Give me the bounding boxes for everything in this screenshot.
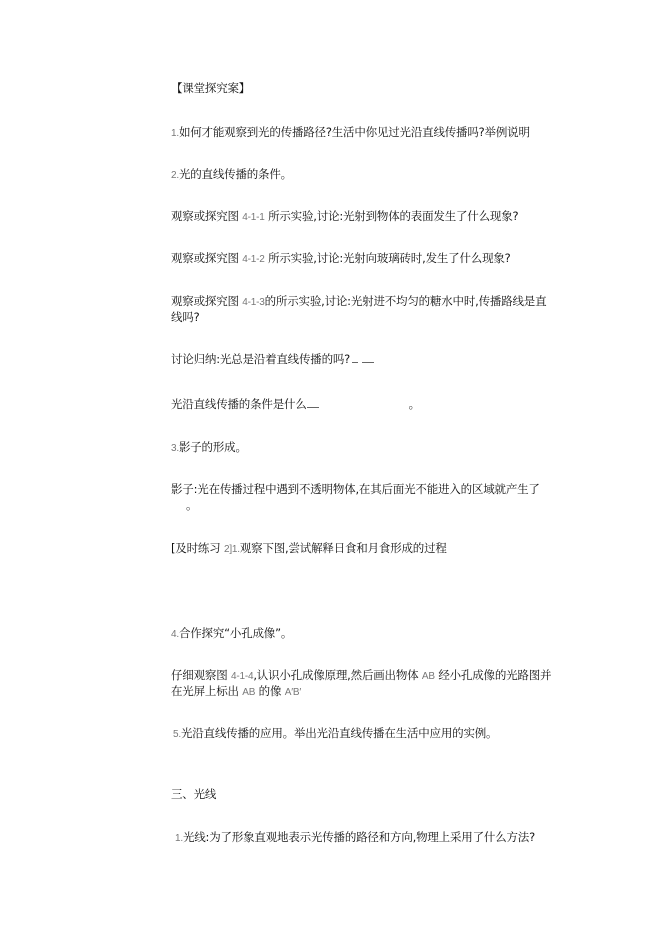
answer-blank[interactable] [307,397,319,408]
practice-number: 2]1. [224,544,240,555]
figure-ref: 4-1-2 [242,254,264,265]
figure-ref: 4-1-3 [242,297,264,308]
figure-ref: 4-1-4 [231,671,253,682]
shadow-definition-continued: 。 [186,497,197,513]
shadow-definition: 影子:光在传播过程中遇到不透明物体,在其后面光不能进入的区域就产生了 [171,481,540,497]
question-5: 5.光沿直线传播的应用。举出光沿直线传播在生活中应用的实例。 [173,725,497,743]
question-number: 2. [171,170,179,181]
object-label: AB [242,687,255,698]
answer-blank[interactable] [362,352,374,363]
obs-text: 的所示实验,讨论:光射进不均匀的糖水中时,传播路线是直 [265,294,547,308]
practice-prefix: [及时练习 [171,541,224,555]
observation-3-continued: 线吗? [171,309,200,325]
question-number: 5. [173,729,181,740]
practice-text: 观察下图,尝试解释日食和月食形成的过程 [240,541,447,555]
question-text: 合作探究“小孔成像”。 [179,626,292,640]
obs-prefix: 观察或探究图 [171,251,242,265]
pinhole-prefix: 仔细观察图 [171,668,231,682]
summary-text: 光沿直线传播的条件是什么 [171,397,307,411]
question-text: 光线:为了形象直观地表示光传播的路径和方向,物理上采用了什么方法? [183,830,535,844]
summary-text: 讨论归纳:光总是沿着直线传播的吗? [171,352,350,366]
figure-ref: 4-1-1 [242,212,264,223]
question-number: 1. [171,128,179,139]
period: 。 [409,397,420,411]
question-number: 1. [175,833,183,844]
question-number: 4. [171,629,179,640]
image-label: A′B′ [285,687,301,698]
obs-prefix: 观察或探究图 [171,294,242,308]
obs-prefix: 观察或探究图 [171,209,242,223]
obs-text: 所示实验,讨论:光射到物体的表面发生了什么现象? [265,209,519,223]
question-1: 1.如何才能观察到光的传播路径?生活中你见过光沿直线传播吗?举例说明 [171,124,530,142]
answer-blank[interactable] [352,352,358,363]
pinhole-cont-prefix: 在光屏上标出 [171,684,242,698]
question-2: 2.光的直线传播的条件。 [171,166,292,184]
section-3-title: 三、光线 [171,786,216,802]
question-text: 如何才能观察到光的传播路径?生活中你见过光沿直线传播吗?举例说明 [179,125,530,139]
ray-question-1: 1.光线:为了形象直观地表示光传播的路径和方向,物理上采用了什么方法? [175,829,535,847]
question-3: 3.影子的形成。 [171,439,247,457]
practice-question: [及时练习 2]1.观察下图,尝试解释日食和月食形成的过程 [171,540,447,558]
question-4: 4.合作探究“小孔成像”。 [171,625,292,643]
document-page: 【课堂探究案】 1.如何才能观察到光的传播路径?生活中你见过光沿直线传播吗?举例… [0,0,661,935]
observation-1: 观察或探究图 4-1-1 所示实验,讨论:光射到物体的表面发生了什么现象? [171,208,518,226]
question-text: 影子的形成。 [179,440,247,454]
pinhole-cont-text: 的像 [255,684,285,698]
pinhole-instruction-continued: 在光屏上标出 AB 的像 A′B′ [171,683,301,701]
obs-text: 所示实验,讨论:光射向玻璃砖时,发生了什么现象? [265,251,511,265]
object-label: AB [422,671,435,682]
pinhole-text: ,认识小孔成像原理,然后画出物体 [253,668,422,682]
question-number: 3. [171,443,179,454]
pinhole-text-end: 经小孔成像的光路图并 [435,668,551,682]
summary-question-2: 光沿直线传播的条件是什么。 [171,396,420,412]
question-text: 光沿直线传播的应用。举出光沿直线传播在生活中应用的实例。 [181,726,497,740]
question-text: 光的直线传播的条件。 [179,167,292,181]
summary-question-1: 讨论归纳:光总是沿着直线传播的吗? [171,351,374,367]
observation-3: 观察或探究图 4-1-3的所示实验,讨论:光射进不均匀的糖水中时,传播路线是直 [171,293,546,311]
section-header: 【课堂探究案】 [171,80,250,96]
observation-2: 观察或探究图 4-1-2 所示实验,讨论:光射向玻璃砖时,发生了什么现象? [171,250,511,268]
